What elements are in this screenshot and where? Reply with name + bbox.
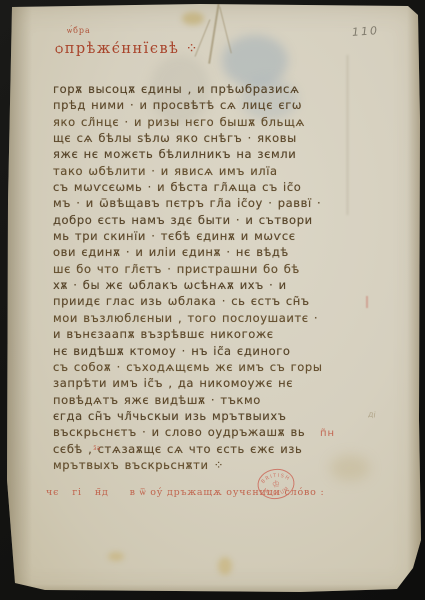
svg-text:♔: ♔ [271, 479, 280, 490]
bleedthrough-flourish [219, 7, 232, 54]
manuscript-text-line: горѫ высоцѫ єдины , и прѣѡбразисѧ [53, 81, 377, 97]
manuscript-text-line: шє бо что гл̃єтъ · пристрашни бо бѣ [53, 261, 377, 277]
margin-note-red: п̃н [320, 428, 335, 439]
manuscript-text-line: єгда сн̃ъ чл̃чьскыи изь мрътвыихъ [53, 408, 377, 424]
manuscript-text-line: прѣд ними · и просвѣтѣ сѧ лицє єгѡ [53, 97, 377, 113]
manuscript-photo: 110 ѡ́бра ѻпрѣжє́ннїєвѣ ⁘ горѫ высоцѫ єд… [0, 0, 425, 600]
folio-number: 110 [352, 24, 380, 39]
parchment-stain [218, 557, 232, 575]
manuscript-text-line: нє видѣшѫ ктомоу · нъ іс̃а єдиного [53, 343, 377, 359]
manuscript-text-line: мои възлюблєныи , того послоушаитє · [53, 310, 377, 326]
manuscript-text-line: щє сѧ бѣлы ѕѣлѡ яко снѣгъ · яковы [53, 130, 377, 146]
parchment-stain [108, 552, 124, 561]
running-title-rubric: ѡ́бра [67, 26, 91, 35]
bleedthrough-flourish [208, 2, 219, 63]
manuscript-text-line: сєбѣ , стѧзаѫщє сѧ что єсть єжє изь [53, 441, 377, 457]
manuscript-text-line: и вънєзаапѫ възрѣвшє никогожє [53, 326, 377, 342]
british-museum-stamp-icon: BRITISH MUSEUM ♔ [251, 461, 300, 507]
interlinear-red-note: з̃а [93, 444, 100, 452]
page-edge-shadow-bottom [0, 584, 425, 600]
page-edge-shadow-right [407, 0, 425, 600]
manuscript-text-line: запрѣти имъ іс̃ъ , да никомоужє нє [53, 375, 377, 391]
manuscript-text-line: приидє глас изь ѡблака · сь єстъ сн̃ъ [53, 293, 377, 309]
manuscript-text-line: ови єдинѫ · и иліи єдинѫ · нє вѣдѣ [53, 244, 377, 260]
manuscript-text-line: хѫ · бы жє ѡблакъ ѡсѣнѧѫ ихъ · и [53, 277, 377, 293]
manuscript-text-line: мрътвыхъ въскрьснѫти ⁘ [53, 457, 377, 473]
manuscript-text-line: съ собоѫ · съходѧщємь жє имъ съ горы [53, 359, 377, 375]
lection-mark: гі [72, 487, 82, 498]
margin-note-faint: ді [367, 410, 376, 420]
parchment-stain [182, 12, 204, 25]
gutter-shadow [6, 0, 32, 600]
manuscript-text-line: повѣдѧтъ яжє видѣшѫ · тъкмо [53, 392, 377, 408]
chapter-heading-rubric: ѻпрѣжє́ннїєвѣ ⁘ [55, 41, 199, 58]
parchment-page: 110 ѡ́бра ѻпрѣжє́ннїєвѣ ⁘ горѫ высоцѫ єд… [0, 0, 425, 600]
manuscript-text-line: съ мѡѵсєѡмь · и бѣста гл̃ѧща съ іс̃о [53, 179, 377, 195]
lection-mark: н̃д [95, 487, 109, 498]
manuscript-text-line: яко сл̃нцє · и ризы нєго бышѫ бльщѧ [53, 114, 377, 130]
manuscript-text-block: горѫ высоцѫ єдины , и прѣѡбразисѧпрѣд ни… [53, 81, 377, 473]
manuscript-text-line: мь три скинїи · тєбѣ єдинѫ и мѡѵсє [53, 228, 377, 244]
manuscript-text-line: яжє нє можєть бѣлилникъ на зємли [53, 146, 377, 162]
manuscript-text-line: добро єсть намъ здє быти · и сътвори [53, 212, 377, 228]
margin-red-tick [366, 296, 368, 308]
manuscript-text-line: мъ · и ѿвѣщавъ пєтръ гл̃а іс̃оу · раввї … [53, 195, 377, 211]
lection-mark: чє [46, 487, 59, 498]
manuscript-text-line: тако ѡбѣлити · и явисѧ имъ илїа [53, 163, 377, 179]
